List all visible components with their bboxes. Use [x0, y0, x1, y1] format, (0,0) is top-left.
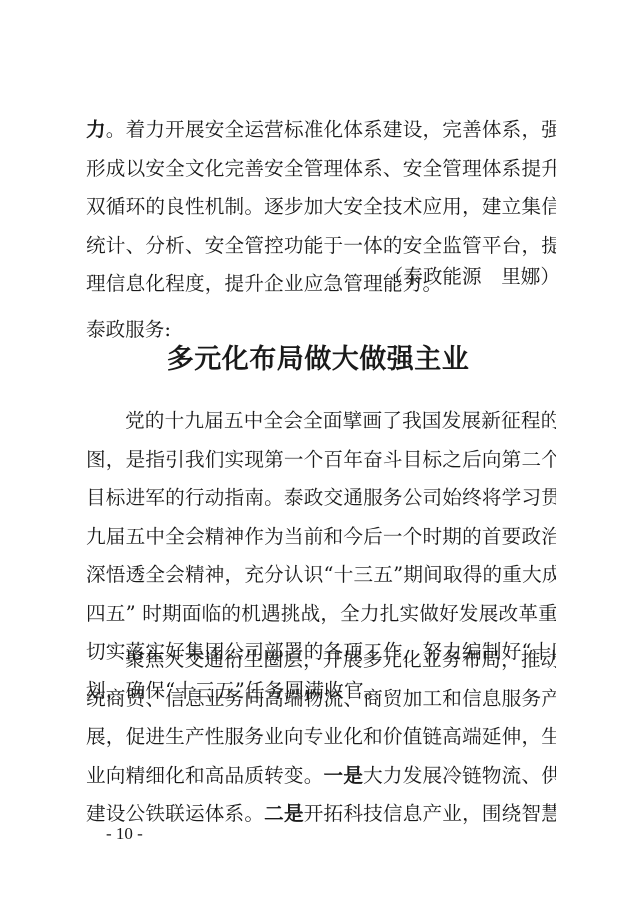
text-line: 目标进军的行动指南。泰政交通服务公司始终将学习贯彻党的十 [86, 479, 556, 518]
text-line: 力。着力开展安全运营标准化体系建设，完善体系，强化建设， [86, 111, 556, 150]
text-line: 业向精细化和高品质转变。一是大力发展冷链物流、供应链物流， [86, 757, 556, 796]
bold-prefix: 力 [86, 118, 106, 141]
text-line: 建设公铁联运体系。二是开拓科技信息产业，围绕智慧家居和智 [86, 795, 556, 834]
page-number: - 10 - [106, 822, 143, 846]
text-line: 图，是指引我们实现第一个百年奋斗目标之后向第二个百年奋斗 [86, 441, 556, 480]
text-line: 四五” 时期面临的机遇挑战，全力扎实做好发展改革重点工作， [86, 595, 556, 634]
bold-marker-first: 一是 [324, 764, 364, 787]
text-line: 统商贸、信息业务向高端物流、商贸加工和信息服务产业转型发 [86, 680, 556, 719]
text-line: 党的十九届五中全会全面擘画了我国发展新征程的宏伟蓝 [86, 402, 556, 441]
document-page: 力。着力开展安全运营标准化体系建设，完善体系，强化建设， 形成以安全文化完善安全… [0, 0, 636, 900]
text-line: 双循环的良性机制。逐步加大安全技术应用，建立集信息收集、 [86, 188, 556, 227]
text-line: 深悟透全会精神，充分认识“十三五”期间取得的重大成就和“十 [86, 556, 556, 595]
text-line: 形成以安全文化完善安全管理体系、安全管理体系提升安全文化 [86, 150, 556, 189]
text-line: 统计、分析、安全管控功能于一体的安全监管平台，提高安全管 [86, 227, 556, 266]
text-line: 九届五中全会精神作为当前和今后一个时期的首要政治任务，学 [86, 518, 556, 557]
text-line: 聚焦大交通衍生圈层，开展多元化业务布局，推动物流、传 [86, 641, 556, 680]
text-line: 展，促进生产性服务业向专业化和价值链高端延伸，生活性服务 [86, 718, 556, 757]
article-headline: 多元化布局做大做强主业 [0, 340, 636, 380]
paragraph-diversified-business: 聚焦大交通衍生圈层，开展多元化业务布局，推动物流、传 统商贸、信息业务向高端物流… [86, 641, 556, 834]
bold-marker-second: 二是 [264, 802, 304, 825]
author-attribution: （泰政能源 里娜） [384, 262, 560, 292]
